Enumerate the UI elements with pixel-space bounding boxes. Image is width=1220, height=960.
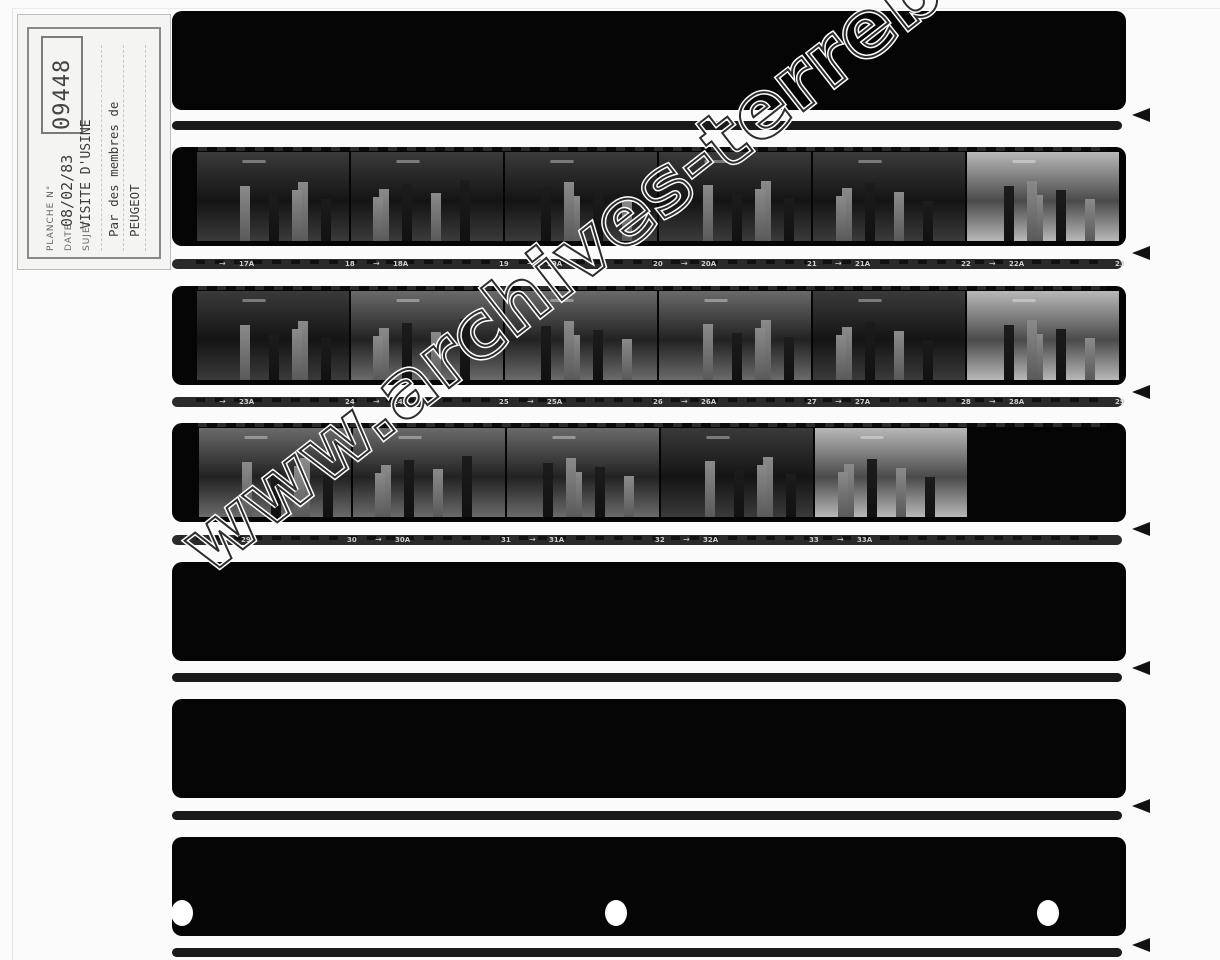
end-marker-icon xyxy=(1132,522,1150,536)
frame-number: 23A xyxy=(239,397,254,407)
photo-thumbnail xyxy=(659,291,811,380)
film-strip-5 xyxy=(172,562,1126,661)
film-rail-4: →29A30→30A31→31A32→32A33→33A xyxy=(172,535,1122,545)
photo-frame[interactable] xyxy=(967,291,1119,380)
photo-thumbnail xyxy=(197,152,349,241)
frame-number: 21A xyxy=(855,259,870,269)
frame-number: 32A xyxy=(703,535,718,545)
planche-label: PLANCHE N° xyxy=(46,185,56,251)
label-frame: 09448 PLANCHE N° DATE 08/02/83 SUJET VIS… xyxy=(27,27,161,259)
frame-number: 21 xyxy=(807,259,817,269)
photo-frame[interactable] xyxy=(353,428,505,517)
frame-arrow-icon: → xyxy=(835,397,842,407)
film-rail-2: →17A18→18A19→19A20→20A21→21A22→22A23 xyxy=(172,259,1122,269)
frame-arrow-icon: → xyxy=(835,259,842,269)
photo-thumbnail xyxy=(351,291,503,380)
photo-frame[interactable] xyxy=(661,428,813,517)
frame-number: 28A xyxy=(1009,397,1024,407)
frame-arrow-icon: → xyxy=(989,397,996,407)
frame-number: 27A xyxy=(855,397,870,407)
frame-arrow-icon: → xyxy=(681,259,688,269)
frame-number: 28 xyxy=(961,397,971,407)
photo-thumbnail xyxy=(659,152,811,241)
frame-number: 19 xyxy=(499,259,509,269)
photo-frame[interactable] xyxy=(507,428,659,517)
date-label: DATE xyxy=(64,224,74,251)
frame-arrow-icon: → xyxy=(683,535,690,545)
photo-thumbnail xyxy=(967,152,1119,241)
frame-number: 24 xyxy=(345,397,355,407)
film-rail-7 xyxy=(172,948,1122,957)
photo-frame[interactable] xyxy=(505,152,657,241)
frame-number: 22 xyxy=(961,259,971,269)
binder-hole xyxy=(171,900,193,926)
film-strip-1 xyxy=(172,11,1126,110)
film-rail-3: →23A24→24A25→25A26→26A27→27A28→28A29 xyxy=(172,397,1122,407)
frame-arrow-icon: → xyxy=(219,259,226,269)
photo-frame[interactable] xyxy=(197,291,349,380)
frame-number: 18 xyxy=(345,259,355,269)
frame-number: 33 xyxy=(809,535,819,545)
photo-thumbnail xyxy=(505,152,657,241)
photo-frame[interactable] xyxy=(815,428,967,517)
frame-number: 20 xyxy=(653,259,663,269)
frame-number: 27 xyxy=(807,397,817,407)
sprocket-row xyxy=(196,536,1104,540)
end-marker-icon xyxy=(1132,799,1150,813)
date-value: 08/02/83 xyxy=(58,155,76,227)
sprocket-row xyxy=(198,286,1106,290)
frame-number: 25A xyxy=(547,397,562,407)
frame-arrow-icon: → xyxy=(837,535,844,545)
sheet-number-box: 09448 xyxy=(41,36,83,134)
frame-number: 20A xyxy=(701,259,716,269)
photo-frame[interactable] xyxy=(659,152,811,241)
frame-number: 26A xyxy=(701,397,716,407)
frame-number: 29 xyxy=(1115,397,1125,407)
frame-number: 19A xyxy=(547,259,562,269)
frame-number: 25 xyxy=(499,397,509,407)
film-strip-7 xyxy=(172,837,1126,936)
end-marker-icon xyxy=(1132,385,1150,399)
frame-number: 24A xyxy=(393,397,408,407)
frame-number: 18A xyxy=(393,259,408,269)
frame-number: 23 xyxy=(1115,259,1125,269)
end-marker-icon xyxy=(1132,246,1150,260)
film-strip-3 xyxy=(172,286,1126,385)
film-rail-6 xyxy=(172,811,1122,820)
photo-thumbnail xyxy=(813,291,965,380)
photo-frame[interactable] xyxy=(197,152,349,241)
film-rail-1 xyxy=(172,121,1122,130)
frame-number: 30 xyxy=(347,535,357,545)
photo-thumbnail xyxy=(507,428,659,517)
frame-arrow-icon: → xyxy=(681,397,688,407)
photo-frame[interactable] xyxy=(505,291,657,380)
frame-arrow-icon: → xyxy=(373,259,380,269)
end-marker-icon xyxy=(1132,661,1150,675)
frame-arrow-icon: → xyxy=(527,259,534,269)
photo-thumbnail xyxy=(967,291,1119,380)
frame-number: 29A xyxy=(241,535,256,545)
frame-number: 32 xyxy=(655,535,665,545)
photo-frame[interactable] xyxy=(351,152,503,241)
photo-frame[interactable] xyxy=(967,152,1119,241)
frame-arrow-icon: → xyxy=(375,535,382,545)
frame-number: 31A xyxy=(549,535,564,545)
photo-thumbnail xyxy=(661,428,813,517)
photo-thumbnail xyxy=(197,291,349,380)
film-strip-6 xyxy=(172,699,1126,798)
photo-frame[interactable] xyxy=(659,291,811,380)
film-rail-5 xyxy=(172,673,1122,682)
end-marker-icon xyxy=(1132,938,1150,952)
frame-arrow-icon: → xyxy=(373,397,380,407)
description-line-1: Par des membres de xyxy=(106,102,121,237)
photo-frame[interactable] xyxy=(813,291,965,380)
label-card: 09448 PLANCHE N° DATE 08/02/83 SUJET VIS… xyxy=(17,14,171,270)
end-marker-icon xyxy=(1132,108,1150,122)
frame-number: 17A xyxy=(239,259,254,269)
photo-thumbnail xyxy=(351,152,503,241)
frame-number: 33A xyxy=(857,535,872,545)
photo-frame[interactable] xyxy=(199,428,351,517)
binder-hole xyxy=(605,900,627,926)
frame-arrow-icon: → xyxy=(989,259,996,269)
sprocket-row xyxy=(198,423,1106,427)
photo-thumbnail xyxy=(199,428,351,517)
photo-frame[interactable] xyxy=(351,291,503,380)
frame-number: 22A xyxy=(1009,259,1024,269)
sprocket-row xyxy=(198,147,1106,151)
frame-number: 31 xyxy=(501,535,511,545)
frame-number: 26 xyxy=(653,397,663,407)
frame-arrow-icon: → xyxy=(527,397,534,407)
frame-arrow-icon: → xyxy=(219,397,226,407)
photo-thumbnail xyxy=(353,428,505,517)
subject-value: VISITE D'USINE xyxy=(79,119,94,229)
film-strip-2 xyxy=(172,147,1126,246)
binder-hole xyxy=(1037,900,1059,926)
description-line-2: PEUGEOT xyxy=(127,184,142,237)
photo-thumbnail xyxy=(505,291,657,380)
frame-arrow-icon: → xyxy=(221,535,228,545)
sheet-number: 09448 xyxy=(50,59,75,130)
photo-frame[interactable] xyxy=(813,152,965,241)
frame-number: 30A xyxy=(395,535,410,545)
photo-thumbnail xyxy=(813,152,965,241)
photo-thumbnail xyxy=(815,428,967,517)
frame-arrow-icon: → xyxy=(529,535,536,545)
film-strip-4 xyxy=(172,423,1126,522)
